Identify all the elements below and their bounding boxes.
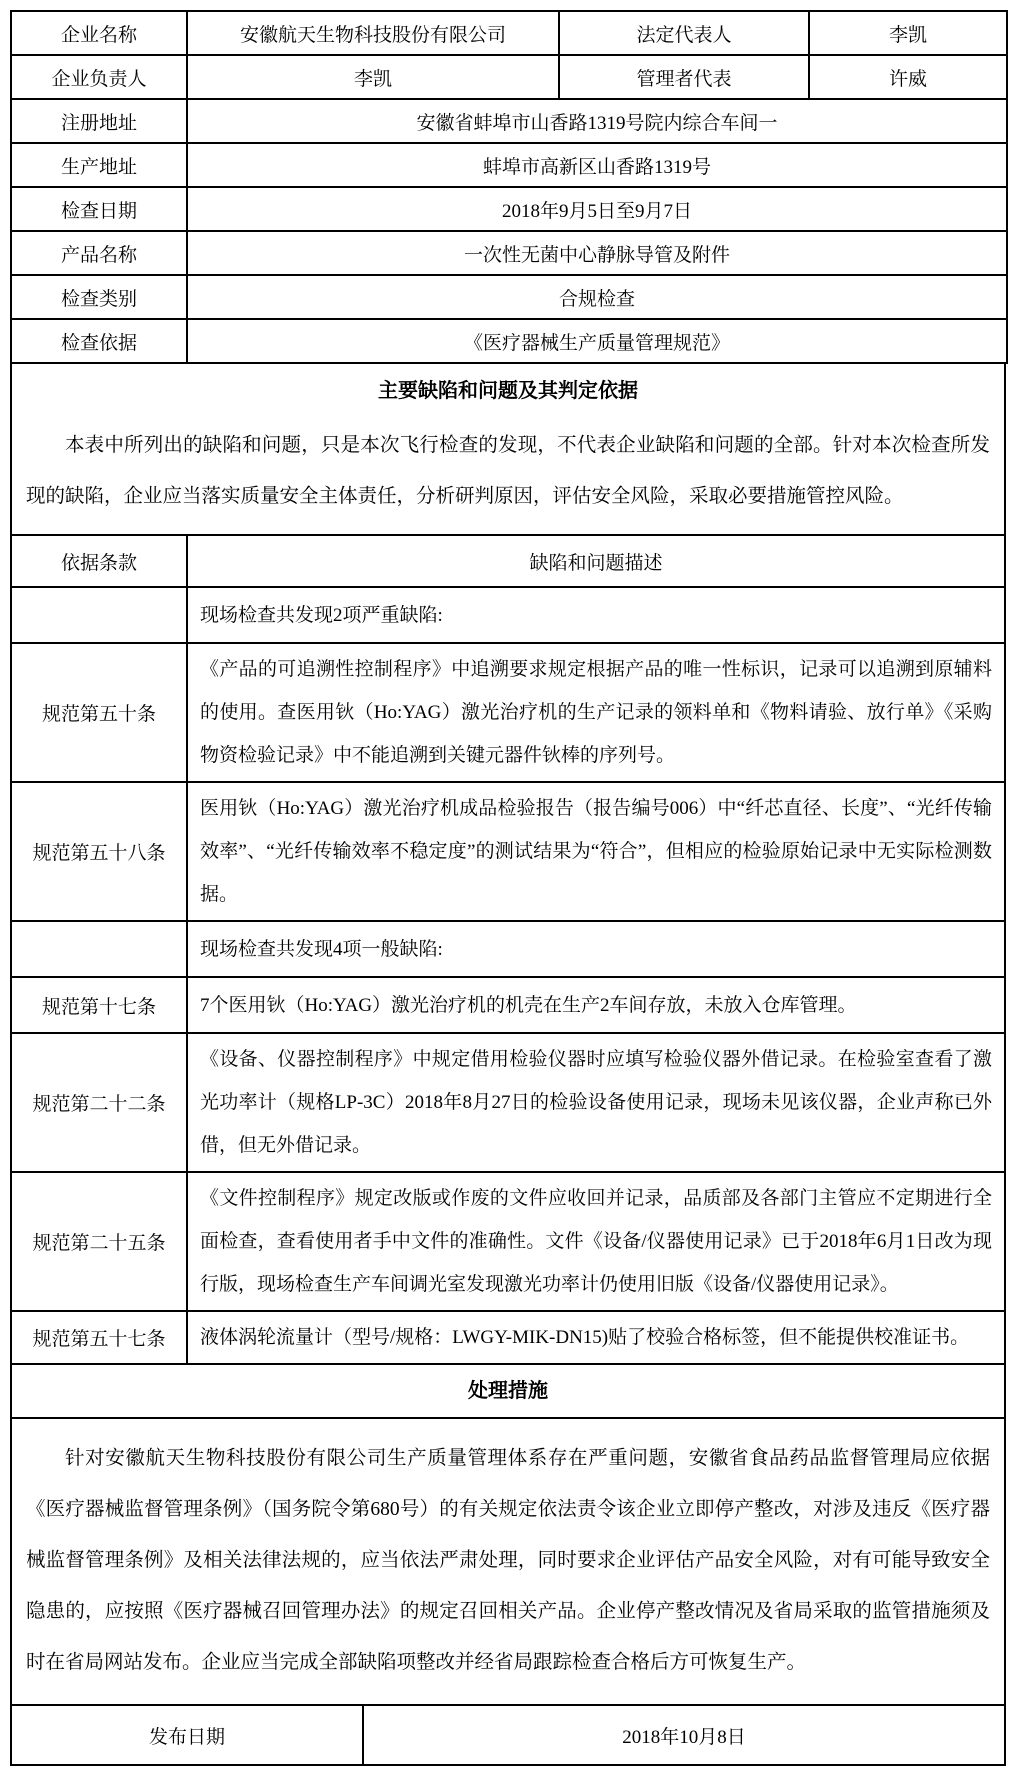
field-label-inspection-category: 检查类别 [11, 275, 187, 319]
defects-row: 规范第十七条 7个医用钬（Ho:YAG）激光治疗机的机壳在生产2车间存放，未放入… [11, 977, 1005, 1033]
clause-cell [11, 587, 187, 643]
info-row: 注册地址 安徽省蚌埠市山香路1319号院内综合车间一 [11, 99, 1007, 143]
field-value-registered-address: 安徽省蚌埠市山香路1319号院内综合车间一 [187, 99, 1007, 143]
measures-section: 针对安徽航天生物科技股份有限公司生产质量管理体系存在严重问题，安徽省食品药品监督… [10, 1419, 1006, 1704]
field-value-product-name: 一次性无菌中心静脉导管及附件 [187, 231, 1007, 275]
info-row: 生产地址 蚌埠市高新区山香路1319号 [11, 143, 1007, 187]
defects-intro-paragraph: 本表中所列出的缺陷和问题，只是本次飞行检查的发现，不代表企业缺陷和问题的全部。针… [12, 420, 1004, 522]
description-cell: 现场检查共发现4项一般缺陷: [187, 921, 1005, 977]
defects-row: 规范第二十五条 《文件控制程序》规定改版或作废的文件应收回并记录，品质部及各部门… [11, 1172, 1005, 1311]
measures-paragraph: 针对安徽航天生物科技股份有限公司生产质量管理体系存在严重问题，安徽省食品药品监督… [12, 1433, 1004, 1688]
description-cell: 液体涡轮流量计（型号/规格：LWGY-MIK-DN15)贴了校验合格标签，但不能… [187, 1311, 1005, 1364]
publish-date-value: 2018年10月8日 [363, 1705, 1005, 1765]
field-label-registered-address: 注册地址 [11, 99, 187, 143]
defects-row: 现场检查共发现4项一般缺陷: [11, 921, 1005, 977]
description-cell: 《文件控制程序》规定改版或作废的文件应收回并记录，品质部及各部门主管应不定期进行… [187, 1172, 1005, 1311]
field-label-inspection-date: 检查日期 [11, 187, 187, 231]
publish-date-label: 发布日期 [11, 1705, 363, 1765]
field-label-production-address: 生产地址 [11, 143, 187, 187]
field-value-production-address: 蚌埠市高新区山香路1319号 [187, 143, 1007, 187]
info-row: 检查类别 合规检查 [11, 275, 1007, 319]
field-label-management-representative: 管理者代表 [559, 55, 809, 99]
field-label-legal-representative: 法定代表人 [559, 11, 809, 55]
info-row: 企业名称 安徽航天生物科技股份有限公司 法定代表人 李凯 [11, 11, 1007, 55]
info-row: 检查依据 《医疗器械生产质量管理规范》 [11, 319, 1007, 363]
field-label-product-name: 产品名称 [11, 231, 187, 275]
description-cell: 《设备、仪器控制程序》中规定借用检验仪器时应填写检验仪器外借记录。在检验室查看了… [187, 1033, 1005, 1172]
field-value-inspection-date: 2018年9月5日至9月7日 [187, 187, 1007, 231]
field-label-company-name: 企业名称 [11, 11, 187, 55]
clause-cell: 规范第二十五条 [11, 1172, 187, 1311]
field-value-inspection-basis: 《医疗器械生产质量管理规范》 [187, 319, 1007, 363]
clause-cell: 规范第五十条 [11, 643, 187, 782]
info-row: 企业负责人 李凯 管理者代表 许威 [11, 55, 1007, 99]
publish-date-row: 发布日期 2018年10月8日 [11, 1705, 1005, 1765]
measures-title: 处理措施 [12, 1374, 1004, 1408]
field-value-management-representative: 许威 [809, 55, 1007, 99]
description-cell: 医用钬（Ho:YAG）激光治疗机成品检验报告（报告编号006）中“纤芯直径、长度… [187, 782, 1005, 921]
field-label-company-head: 企业负责人 [11, 55, 187, 99]
defects-row: 规范第二十二条 《设备、仪器控制程序》中规定借用检验仪器时应填写检验仪器外借记录… [11, 1033, 1005, 1172]
defects-section: 主要缺陷和问题及其判定依据 本表中所列出的缺陷和问题，只是本次飞行检查的发现，不… [10, 364, 1006, 534]
field-value-company-head: 李凯 [187, 55, 559, 99]
defects-table: 依据条款 缺陷和问题描述 现场检查共发现2项严重缺陷: 规范第五十条 《产品的可… [10, 534, 1006, 1365]
info-row: 产品名称 一次性无菌中心静脉导管及附件 [11, 231, 1007, 275]
description-cell: 《产品的可追溯性控制程序》中追溯要求规定根据产品的唯一性标识，记录可以追溯到原辅… [187, 643, 1005, 782]
enterprise-info-table: 企业名称 安徽航天生物科技股份有限公司 法定代表人 李凯 企业负责人 李凯 管理… [10, 10, 1008, 364]
defects-section-title: 主要缺陷和问题及其判定依据 [12, 374, 1004, 408]
defects-row: 规范第五十条 《产品的可追溯性控制程序》中追溯要求规定根据产品的唯一性标识，记录… [11, 643, 1005, 782]
description-cell: 7个医用钬（Ho:YAG）激光治疗机的机壳在生产2车间存放，未放入仓库管理。 [187, 977, 1005, 1033]
description-cell: 现场检查共发现2项严重缺陷: [187, 587, 1005, 643]
description-column-header: 缺陷和问题描述 [187, 535, 1005, 587]
info-row: 检查日期 2018年9月5日至9月7日 [11, 187, 1007, 231]
field-value-legal-representative: 李凯 [809, 11, 1007, 55]
field-value-company-name: 安徽航天生物科技股份有限公司 [187, 11, 559, 55]
clause-cell: 规范第五十七条 [11, 1311, 187, 1364]
clause-column-header: 依据条款 [11, 535, 187, 587]
publish-date-table: 发布日期 2018年10月8日 [10, 1704, 1006, 1766]
field-value-inspection-category: 合规检查 [187, 275, 1007, 319]
measures-title-row: 处理措施 [10, 1365, 1006, 1419]
defects-row: 现场检查共发现2项严重缺陷: [11, 587, 1005, 643]
defects-row: 规范第五十七条 液体涡轮流量计（型号/规格：LWGY-MIK-DN15)贴了校验… [11, 1311, 1005, 1364]
defects-row: 规范第五十八条 医用钬（Ho:YAG）激光治疗机成品检验报告（报告编号006）中… [11, 782, 1005, 921]
defects-header-row: 依据条款 缺陷和问题描述 [11, 535, 1005, 587]
inspection-notice-document: 企业名称 安徽航天生物科技股份有限公司 法定代表人 李凯 企业负责人 李凯 管理… [10, 10, 1006, 1766]
clause-cell: 规范第十七条 [11, 977, 187, 1033]
clause-cell: 规范第五十八条 [11, 782, 187, 921]
field-label-inspection-basis: 检查依据 [11, 319, 187, 363]
clause-cell [11, 921, 187, 977]
clause-cell: 规范第二十二条 [11, 1033, 187, 1172]
